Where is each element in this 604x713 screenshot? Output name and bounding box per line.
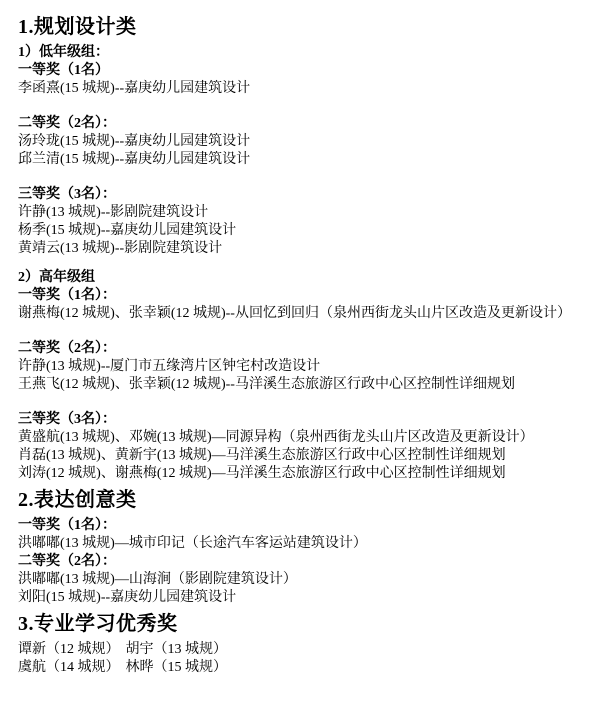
winner-line: 许静(13 城规)--影剧院建筑设计 (18, 204, 602, 222)
section-title-excellent-study: 3.专业学习优秀奖 (18, 611, 602, 638)
winner-line: 洪嘟嘟(13 城规)—山海涧（影剧院建筑设计） (18, 571, 602, 589)
winner-line: 洪嘟嘟(13 城规)—城市印记（长途汽车客运站建筑设计） (18, 535, 602, 553)
blank-line (18, 323, 602, 340)
group-heading-upper-grade: 2）高年级组 (18, 269, 602, 287)
winner-line: 杨季(15 城规)--嘉庚幼儿园建筑设计 (18, 222, 602, 240)
winner-row: 谭新（12 城规） 胡宇（13 城规） (18, 641, 602, 659)
winner-row: 虞航（14 城规） 林晔（15 城规） (18, 659, 602, 677)
blank-line (18, 169, 602, 186)
winner-name: 虞航（14 城规） (18, 659, 122, 677)
award-label-third-prize: 三等奖（3名）： (18, 411, 602, 429)
awards-document: 1.规划设计类 1）低年级组： 一等奖（1名） 李函熹(15 城规)--嘉庚幼儿… (0, 0, 604, 677)
award-label-first-prize: 一等奖（1名）： (18, 517, 602, 535)
winner-line: 黄靖云(13 城规)--影剧院建筑设计 (18, 240, 602, 258)
section-title-creative-expression: 2.表达创意类 (18, 487, 602, 514)
award-label-third-prize: 三等奖（3名）： (18, 186, 602, 204)
winner-line: 刘涛(12 城规)、谢燕梅(12 城规)—马洋溪生态旅游区行政中心区控制性详细规… (18, 465, 602, 483)
blank-line (18, 394, 602, 411)
winner-line: 谢燕梅(12 城规)、张幸颖(12 城规)--从回忆到回归（泉州西街龙头山片区改… (18, 305, 602, 323)
group-heading-lower-grade: 1）低年级组： (18, 44, 602, 62)
winner-line: 王燕飞(12 城规)、张幸颖(12 城规)--马洋溪生态旅游区行政中心区控制性详… (18, 376, 602, 394)
award-label-first-prize: 一等奖（1名）： (18, 287, 602, 305)
blank-line (18, 98, 602, 115)
winner-line: 刘阳(15 城规)--嘉庚幼儿园建筑设计 (18, 589, 602, 607)
winner-line: 李函熹(15 城规)--嘉庚幼儿园建筑设计 (18, 80, 602, 98)
section-title-planning-design: 1.规划设计类 (18, 14, 602, 41)
blank-line (18, 258, 602, 269)
winner-name: 谭新（12 城规） (18, 641, 122, 659)
award-label-second-prize: 二等奖（2名）： (18, 340, 602, 358)
award-label-first-prize: 一等奖（1名） (18, 62, 602, 80)
winner-line: 肖磊(13 城规)、黄新宇(13 城规)—马洋溪生态旅游区行政中心区控制性详细规… (18, 447, 602, 465)
winner-line: 黄盛航(13 城规)、邓婉(13 城规)—同源异构（泉州西街龙头山片区改造及更新… (18, 429, 602, 447)
winner-line: 汤玲珑(15 城规)--嘉庚幼儿园建筑设计 (18, 133, 602, 151)
award-label-second-prize: 二等奖（2名）： (18, 553, 602, 571)
winner-name: 胡宇（13 城规） (126, 642, 228, 657)
winner-line: 许静(13 城规)--厦门市五缘湾片区钟宅村改造设计 (18, 358, 602, 376)
award-label-second-prize: 二等奖（2名）： (18, 115, 602, 133)
winner-line: 邱兰清(15 城规)--嘉庚幼儿园建筑设计 (18, 151, 602, 169)
winner-name: 林晔（15 城规） (126, 660, 228, 675)
